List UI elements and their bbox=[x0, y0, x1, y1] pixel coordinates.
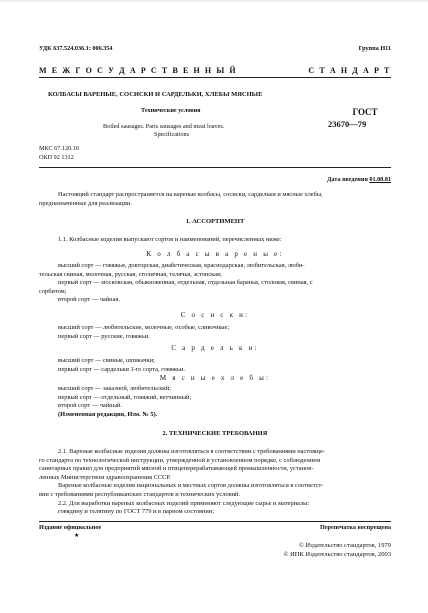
khleby-heading: М я с н ы е х л е б ы: bbox=[39, 374, 391, 382]
banner-standard: С Т А Н Д А Р Т bbox=[308, 66, 391, 75]
list-item: высший сорт — говяжья, докторская, диабе… bbox=[39, 262, 391, 271]
header-rule bbox=[39, 77, 391, 78]
sardelki-heading: С а р д е л ь к и: bbox=[39, 344, 391, 352]
kolbasy-heading: К о л б а с ы в а р е н ы е: bbox=[39, 250, 391, 258]
sardelki-list: высший сорт — свиные, шпикачки; первый с… bbox=[39, 357, 391, 374]
star-icon: ★ bbox=[74, 532, 80, 539]
list-item: сорбитом; bbox=[39, 288, 391, 297]
english-title-line2: Specifications bbox=[154, 131, 189, 138]
kolbasy-list: высший сорт — говяжья, докторская, диабе… bbox=[39, 262, 391, 305]
section-1-1-paragraph: 1.1. Колбасные изделия выпускают сортов … bbox=[39, 236, 391, 245]
document-subtitle: Технические условия bbox=[141, 107, 201, 114]
section-2-1-paragraph: 2.1. Вареные колбасные изделия должны из… bbox=[39, 448, 391, 517]
banner-interstate: М Е Ж Г О С У Д А Р С Т В Е Н Н Ы Й bbox=[39, 66, 237, 75]
list-item: второй сорт — чайный. bbox=[39, 402, 391, 411]
introduction-date-value: 01.08.81 bbox=[369, 176, 391, 183]
khleby-list: высший сорт — заказной, любительский; пе… bbox=[39, 385, 391, 419]
gost-number: 23670—79 bbox=[328, 119, 366, 129]
list-item: высший сорт — любительские, молочные, ос… bbox=[39, 324, 391, 333]
copyright-1979: © Издательство стандартов, 1979 bbox=[299, 542, 391, 549]
introduction-date-label: Дата введения bbox=[327, 176, 368, 183]
top-edge-band bbox=[0, 0, 428, 2]
english-title-line1: Boiled sausages. Paris sausages and meat… bbox=[103, 123, 224, 130]
list-item: первый сорт — отдельный, говяжий, ветчин… bbox=[39, 394, 391, 403]
sosiski-heading: С о с и с к и: bbox=[39, 311, 391, 319]
sosiski-list: высший сорт — любительские, молочные, ос… bbox=[39, 324, 391, 341]
copyright-2003: © ИПК Издательство стандартов, 2003 bbox=[284, 551, 392, 558]
intro-paragraph: Настоящий стандарт распространяется на в… bbox=[39, 191, 391, 208]
gost-label: ГОСТ bbox=[339, 107, 391, 117]
document-title: КОЛБАСЫ ВАРЕНЫЕ, СОСИСКИ И САРДЕЛЬКИ, ХЛ… bbox=[48, 91, 262, 98]
reprint-prohibited: Перепечатка воспрещена bbox=[320, 524, 391, 531]
section-2-heading: 2. ТЕХНИЧЕСКИЕ ТРЕБОВАНИЯ bbox=[39, 430, 391, 437]
title-rule bbox=[39, 167, 391, 168]
introduction-date: Дата введения 01.08.81 bbox=[327, 176, 391, 183]
group-code: Группа Н11 bbox=[359, 45, 391, 52]
footer-rule bbox=[39, 521, 391, 522]
list-item: первый сорт — русские, говяжьи. bbox=[39, 333, 391, 342]
okp-code: ОКП 92 1312 bbox=[39, 154, 74, 161]
section-1-heading: 1. АССОРТИМЕНТ bbox=[39, 218, 391, 225]
mks-code: МКС 67.120.10 bbox=[39, 145, 79, 152]
list-item: высший сорт — заказной, любительский; bbox=[39, 385, 391, 394]
list-item: тельская свиная, молочная, русская, стол… bbox=[39, 271, 391, 280]
list-item: второй сорт — чайная. bbox=[39, 296, 391, 305]
list-item: первый сорт — сардельки 1-го сорта, говя… bbox=[39, 366, 391, 375]
official-edition: Издание официальное bbox=[39, 524, 101, 531]
list-item: первый сорт — московская, обыкновенная, … bbox=[39, 279, 391, 288]
revision-note: (Измененная редакция, Изм. № 5). bbox=[39, 411, 391, 420]
udk-code: УДК 637.524.036.1: 006.354 bbox=[39, 45, 113, 52]
list-item: высший сорт — свиные, шпикачки; bbox=[39, 357, 391, 366]
